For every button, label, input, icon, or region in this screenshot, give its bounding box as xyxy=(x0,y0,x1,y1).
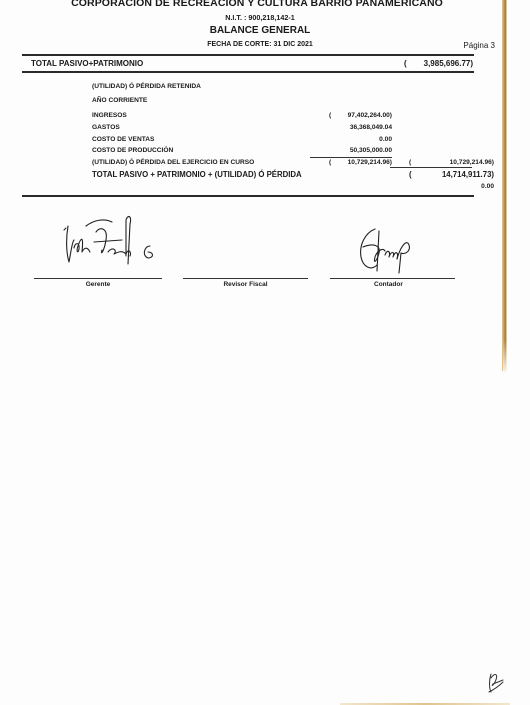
grand-total-paren: ( xyxy=(409,170,412,179)
organization-name: CORPORACIÓN DE RECREACIÓN Y CULTURA BARR… xyxy=(0,0,522,9)
row-value-costo-produccion: 50,305,000.00 xyxy=(350,147,392,154)
section-heading: (UTILIDAD) Ó PÉRDIDA RETENIDA xyxy=(92,83,201,90)
total-pasivo-patrimonio-value: 3,985,696.77) xyxy=(424,59,473,68)
revisor-fiscal-signature-line xyxy=(183,278,308,279)
row-label-gastos: GASTOS xyxy=(92,124,120,131)
revisor-fiscal-label: Revisor Fiscal xyxy=(183,281,308,288)
subtotal-underline xyxy=(310,157,392,158)
section-subheading: AÑO CORRIENTE xyxy=(92,97,147,104)
header-divider xyxy=(22,54,474,56)
row-label-ingresos: INGRESOS xyxy=(92,112,127,119)
initials-mark xyxy=(485,670,507,696)
row-value-utilidad-ejercicio: 10,729,214.96) xyxy=(348,159,392,166)
section-end-divider xyxy=(22,195,474,197)
contador-signature xyxy=(355,225,415,280)
cutoff-date: FECHA DE CORTE: 31 DIC 2021 xyxy=(0,41,525,48)
page-number: Página 3 xyxy=(463,41,495,50)
row-value-utilidad-total: 10,729,214.96) xyxy=(450,159,494,166)
contador-signature-line xyxy=(330,278,455,279)
paper-edge-fade xyxy=(503,340,507,375)
difference-value: 0.00 xyxy=(481,183,494,190)
row-value-costo-ventas: 0.00 xyxy=(379,136,392,143)
row-value-ingresos: 97,402,264.00) xyxy=(348,112,392,119)
document-page: CORPORACIÓN DE RECREACIÓN Y CULTURA BARR… xyxy=(0,0,530,705)
nit-number: N.I.T. : 900,218,142-1 xyxy=(0,13,525,22)
row-value-gastos: 36,368,049.04 xyxy=(350,124,392,131)
total-pasivo-patrimonio-paren: ( xyxy=(404,59,407,68)
total-pasivo-patrimonio-label: TOTAL PASIVO+PATRIMONIO xyxy=(31,59,143,68)
gerente-signature xyxy=(60,212,170,274)
total-divider xyxy=(22,71,474,73)
grand-total-value: 14,714,911.73) xyxy=(442,170,494,179)
row-paren-utilidad-total: ( xyxy=(409,159,411,166)
report-title: BALANCE GENERAL xyxy=(0,25,525,36)
gerente-signature-line xyxy=(34,278,162,279)
row-paren-utilidad-ejercicio: ( xyxy=(329,159,331,166)
scanned-paper-edge xyxy=(502,0,507,372)
row-label-costo-ventas: COSTO DE VENTAS xyxy=(92,136,154,143)
gerente-label: Gerente xyxy=(34,281,162,288)
row-label-utilidad-ejercicio: (UTILIDAD) Ó PÉRDIDA DEL EJERCICIO EN CU… xyxy=(92,159,254,166)
row-paren-ingresos: ( xyxy=(329,112,331,119)
total-underline xyxy=(390,167,472,168)
row-label-costo-produccion: COSTO DE PRODUCCIÓN xyxy=(92,147,173,154)
grand-total-label: TOTAL PASIVO + PATRIMONIO + (UTILIDAD) Ó… xyxy=(92,170,302,179)
contador-label: Contador xyxy=(374,281,414,288)
